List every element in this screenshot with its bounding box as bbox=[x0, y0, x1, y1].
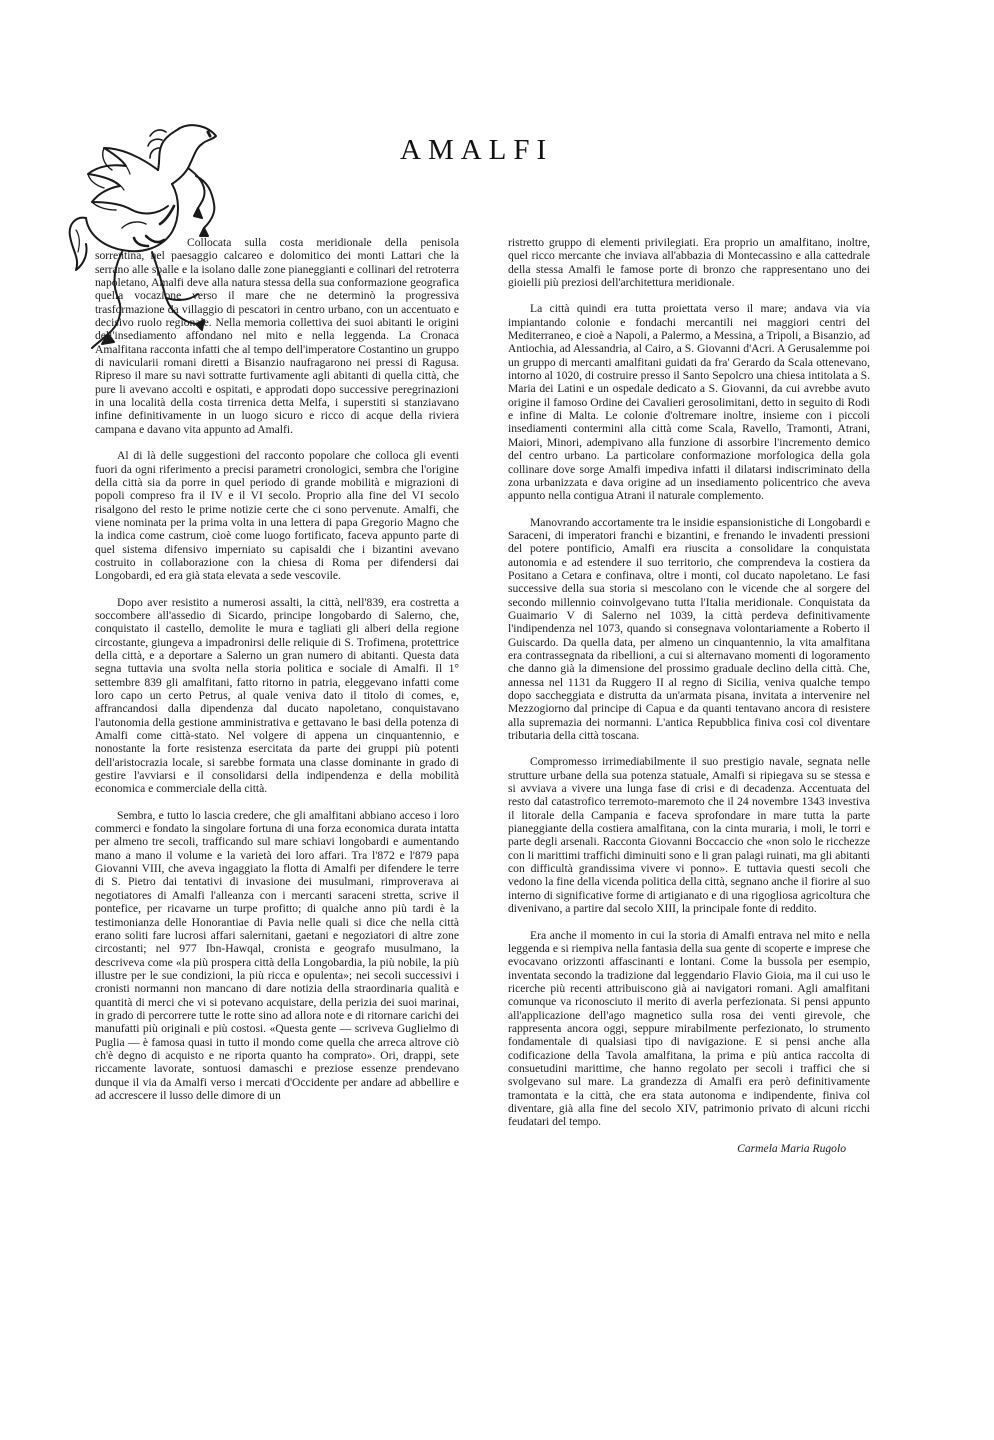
paragraph: La città quindi era tutta proiettata ver… bbox=[508, 302, 870, 502]
paragraph: Manovrando accortamente tra le insidie e… bbox=[508, 516, 870, 743]
right-column: ristretto gruppo di elementi privilegiat… bbox=[508, 236, 870, 1168]
paragraph: ristretto gruppo di elementi privilegiat… bbox=[508, 236, 870, 289]
page-title: AMALFI bbox=[400, 134, 570, 167]
paragraph: Era anche il momento in cui la storia di… bbox=[508, 929, 870, 1129]
paragraph: Al di là delle suggestioni del racconto … bbox=[95, 449, 459, 582]
paragraph: Compromesso irrimediabilmente il suo pre… bbox=[508, 755, 870, 915]
illustration-text-wrap bbox=[65, 128, 187, 248]
paragraph: Sembra, e tutto lo lascia credere, che g… bbox=[95, 809, 459, 1103]
author-signature: Carmela Maria Rugolo bbox=[508, 1142, 870, 1155]
paragraph: Dopo aver resistito a numerosi assalti, … bbox=[95, 596, 459, 796]
left-column: Collocata sulla costa meridionale della … bbox=[95, 236, 459, 1115]
paragraph: Collocata sulla costa meridionale della … bbox=[95, 236, 459, 436]
